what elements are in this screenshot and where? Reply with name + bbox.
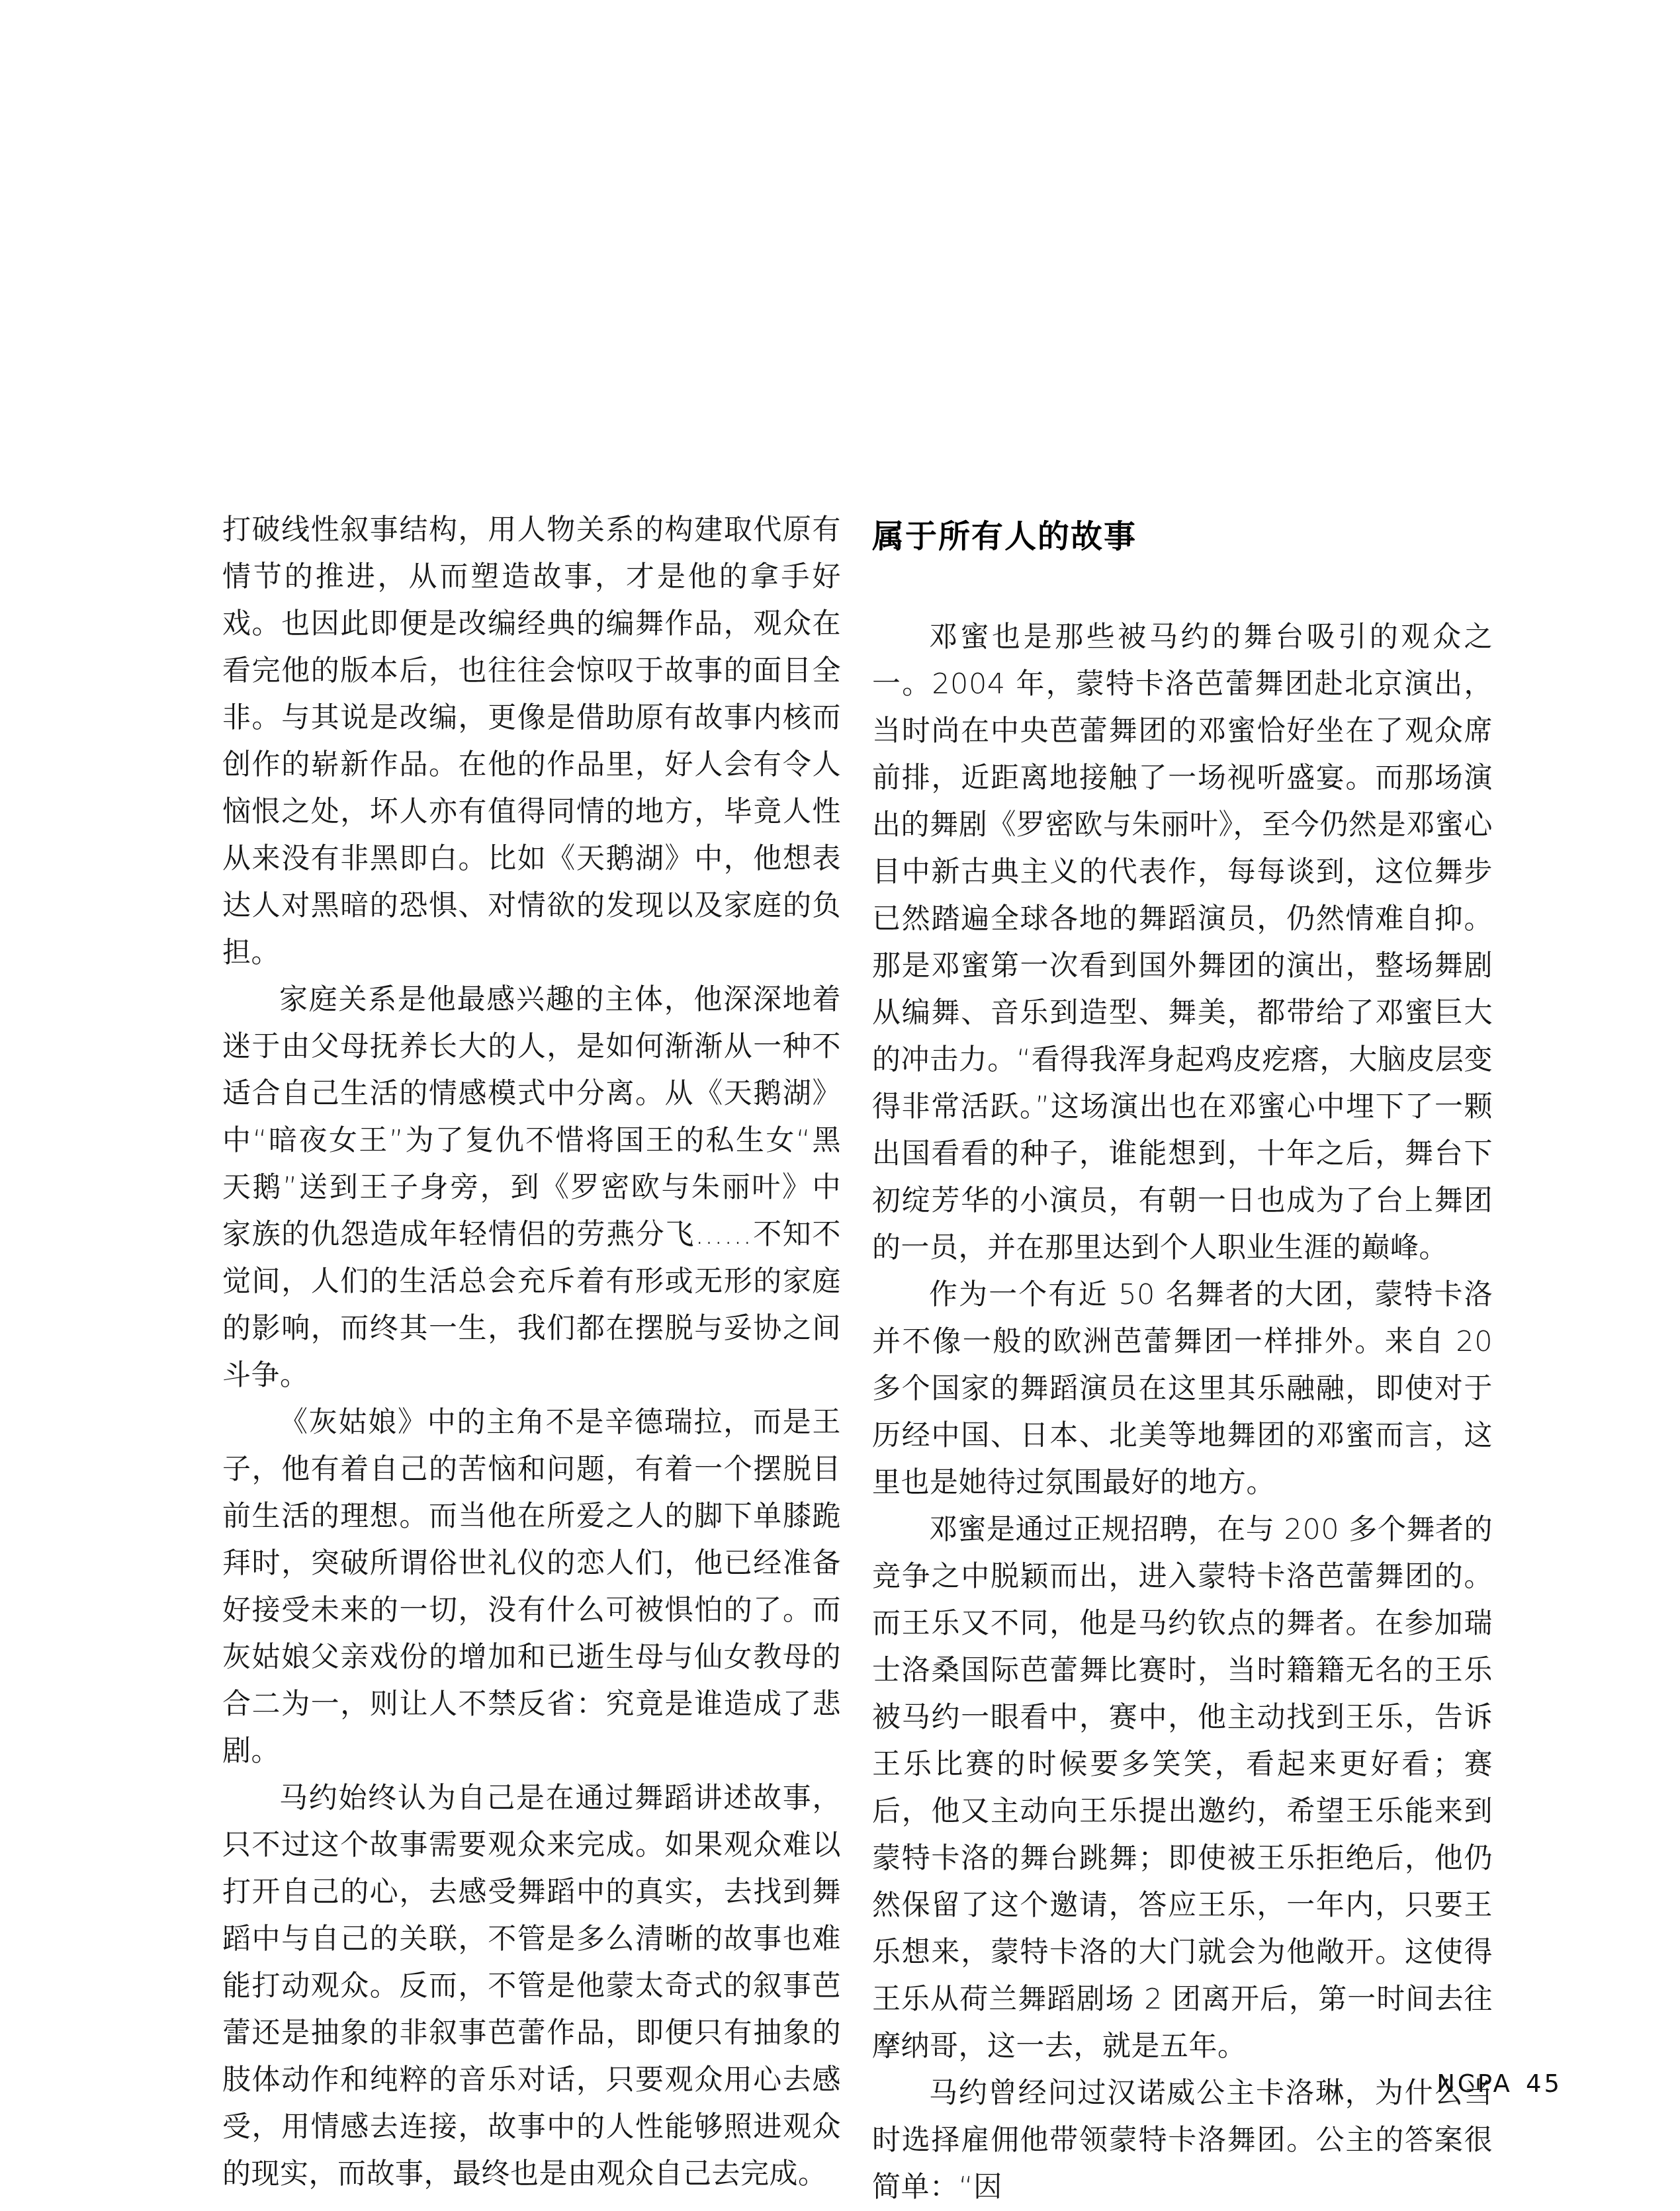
paragraph: 作为一个有近 50 名舞者的大团，蒙特卡洛并不像一般的欧洲芭蕾舞团一样排外。来自… — [872, 1272, 1493, 1506]
paragraph: 邓蜜也是那些被马约的舞台吸引的观众之一。2004 年，蒙特卡洛芭蕾舞团赴北京演出… — [872, 614, 1493, 1272]
paragraph: 邓蜜是通过正规招聘，在与 200 多个舞者的竞争之中脱颖而出，进入蒙特卡洛芭蕾舞… — [872, 1506, 1493, 2070]
journal-name: NCPA — [1437, 2069, 1513, 2098]
magazine-page: 打破线性叙事结构，用人物关系的构建取代原有情节的推进，从而塑造故事，才是他的拿手… — [0, 0, 1680, 2188]
page-footer: NCPA45 — [1437, 2069, 1562, 2099]
paragraph: 马约曾经问过汉诺威公主卡洛琳，为什么当时选择雇佣他带领蒙特卡洛舞团。公主的答案很… — [872, 2070, 1493, 2211]
left-text-column: 打破线性叙事结构，用人物关系的构建取代原有情节的推进，从而塑造故事，才是他的拿手… — [222, 507, 841, 2198]
paragraph: 家庭关系是他最感兴趣的主体，他深深地着迷于由父母抚养长大的人，是如何渐渐从一种不… — [222, 976, 841, 1399]
section-heading: 属于所有人的故事 — [872, 507, 1493, 566]
page-number: 45 — [1526, 2069, 1562, 2098]
paragraph: 打破线性叙事结构，用人物关系的构建取代原有情节的推进，从而塑造故事，才是他的拿手… — [222, 507, 841, 976]
right-text-column: 属于所有人的故事 邓蜜也是那些被马约的舞台吸引的观众之一。2004 年，蒙特卡洛… — [872, 507, 1493, 2211]
paragraph: 马约始终认为自己是在通过舞蹈讲述故事，只不过这个故事需要观众来完成。如果观众难以… — [222, 1775, 841, 2198]
paragraph: 《灰姑娘》中的主角不是辛德瑞拉，而是王子，他有着自己的苦恼和问题，有着一个摆脱目… — [222, 1399, 841, 1775]
